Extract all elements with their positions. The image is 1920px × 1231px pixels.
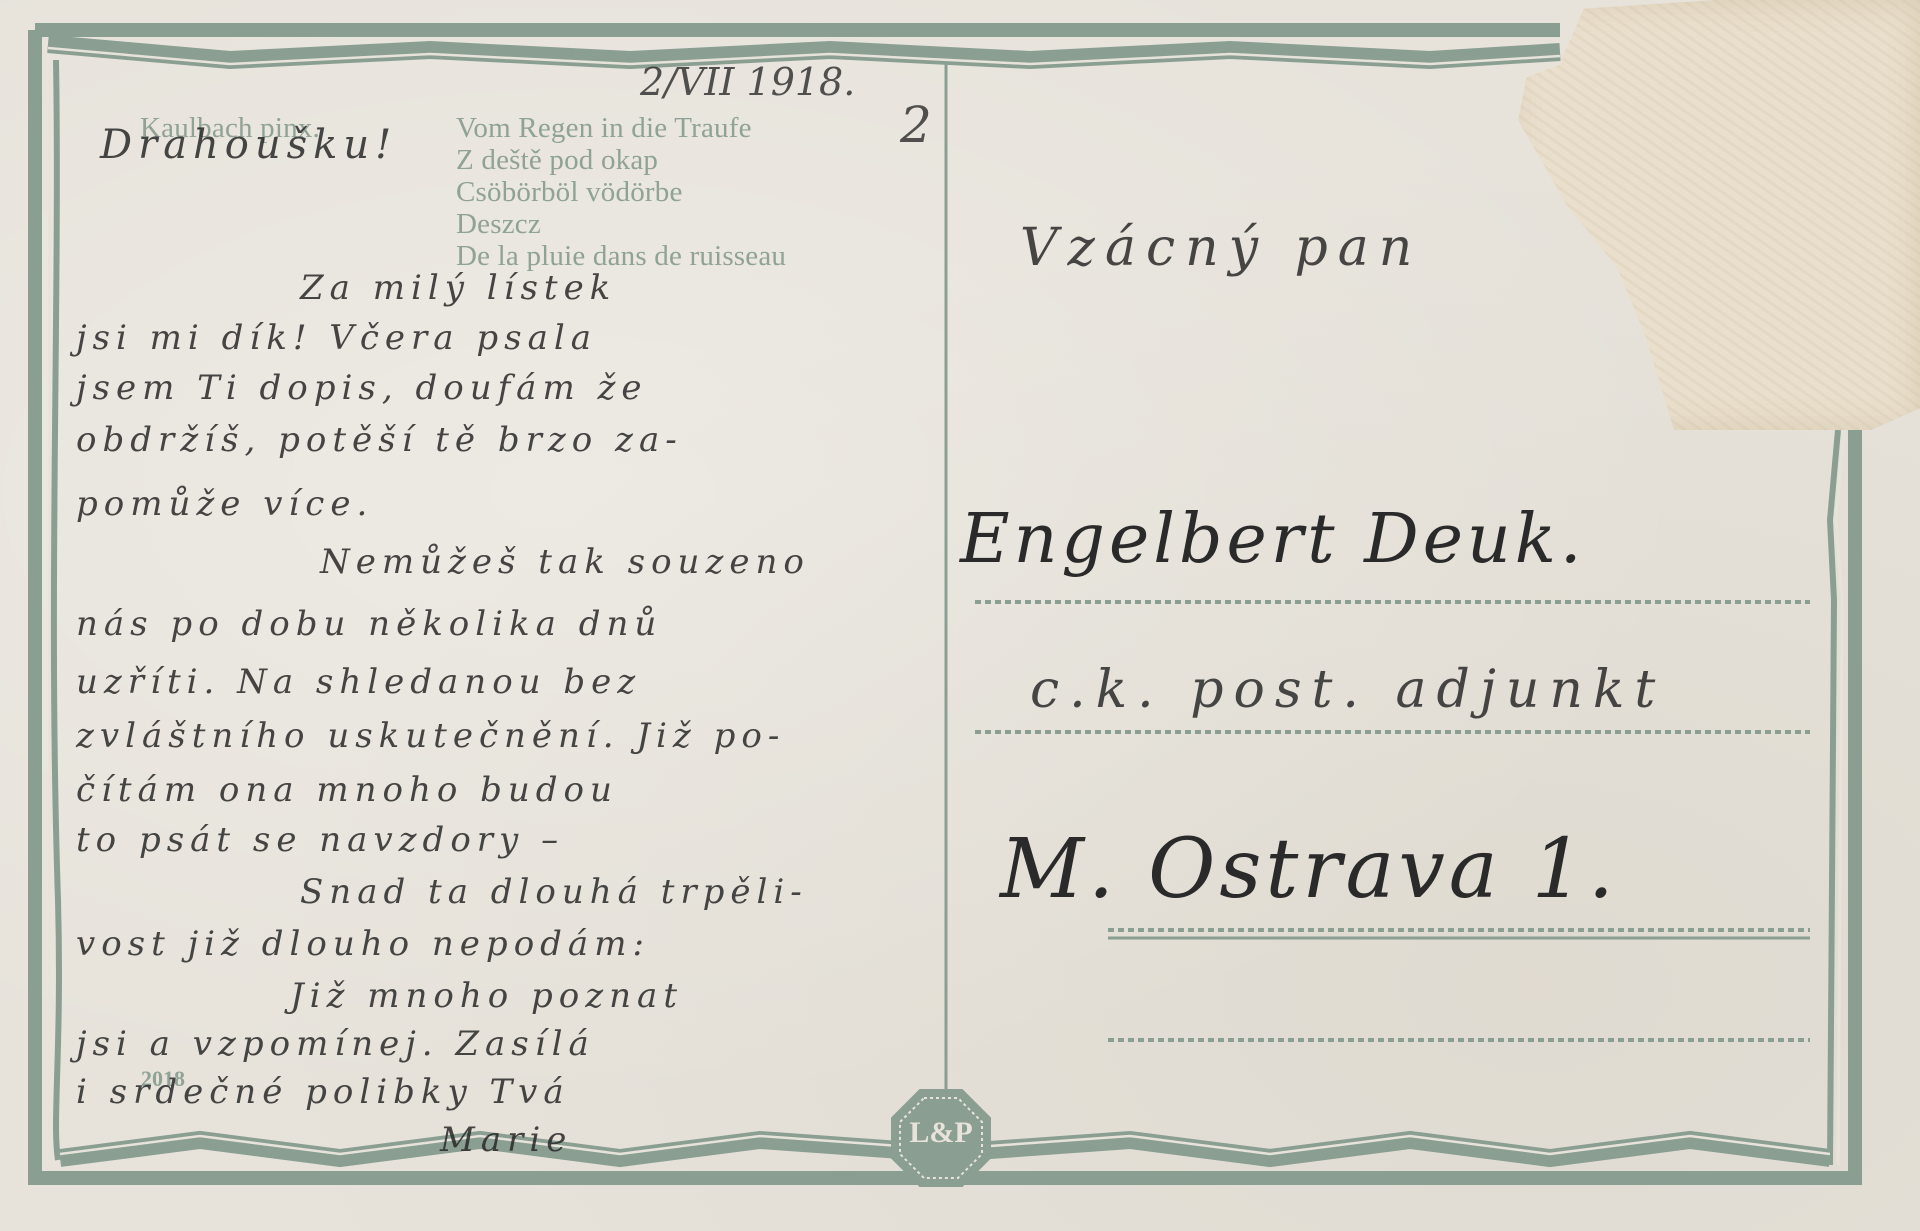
greeting: Drahoušku! xyxy=(100,122,397,168)
message-line: Snad ta dlouhá trpěli- xyxy=(300,872,808,912)
publisher-logo: L&P xyxy=(893,1085,989,1181)
address-name: Engelbert Deuk. xyxy=(960,500,1586,579)
proverb-czech: Z deště pod okap xyxy=(456,144,786,176)
message-line: čítám ona mnoho budou xyxy=(76,770,618,810)
message-line: to psát se navzdory – xyxy=(76,820,564,860)
proverb-german: Vom Regen in die Traufe xyxy=(456,112,786,144)
message-line: obdržíš, potěší tě brzo za- xyxy=(76,420,683,460)
address-city: M. Ostrava 1. xyxy=(1000,822,1618,917)
message-line: i srdečné polibky Tvá xyxy=(76,1072,570,1112)
address-salutation: Vzácný pan xyxy=(1020,218,1422,278)
message-line: Nemůžeš tak souzeno xyxy=(320,542,810,582)
message-line: jsi a vzpomínej. Zasílá xyxy=(76,1024,595,1064)
message-line: pomůže více. xyxy=(76,484,373,524)
message-line: Za milý lístek xyxy=(300,268,616,308)
handwritten-date: 2/VII 1918. xyxy=(640,60,855,104)
message-line: jsem Ti dopis, doufám že xyxy=(76,368,648,408)
message-line: nás po dobu několika dnů xyxy=(76,604,662,644)
proverb-polish: Deszcz xyxy=(456,208,786,240)
proverb-caption: Vom Regen in die Traufe Z deště pod okap… xyxy=(456,112,786,272)
message-line: Již mnoho poznat xyxy=(290,976,683,1016)
address-title: c.k. post. adjunkt xyxy=(1030,660,1665,720)
proverb-hungarian: Csöbörböl vödörbe xyxy=(456,176,786,208)
message-line: uzříti. Na shledanou bez xyxy=(76,662,641,702)
signature: Marie xyxy=(440,1120,572,1160)
publisher-logo-text: L&P xyxy=(909,1116,972,1150)
message-line: jsi mi dík! Včera psala xyxy=(76,318,597,358)
message-line: vost již dlouho nepodám: xyxy=(76,924,650,964)
page-mark: 2 xyxy=(900,96,932,154)
message-line: zvláštního uskutečnění. Již po- xyxy=(76,716,785,756)
